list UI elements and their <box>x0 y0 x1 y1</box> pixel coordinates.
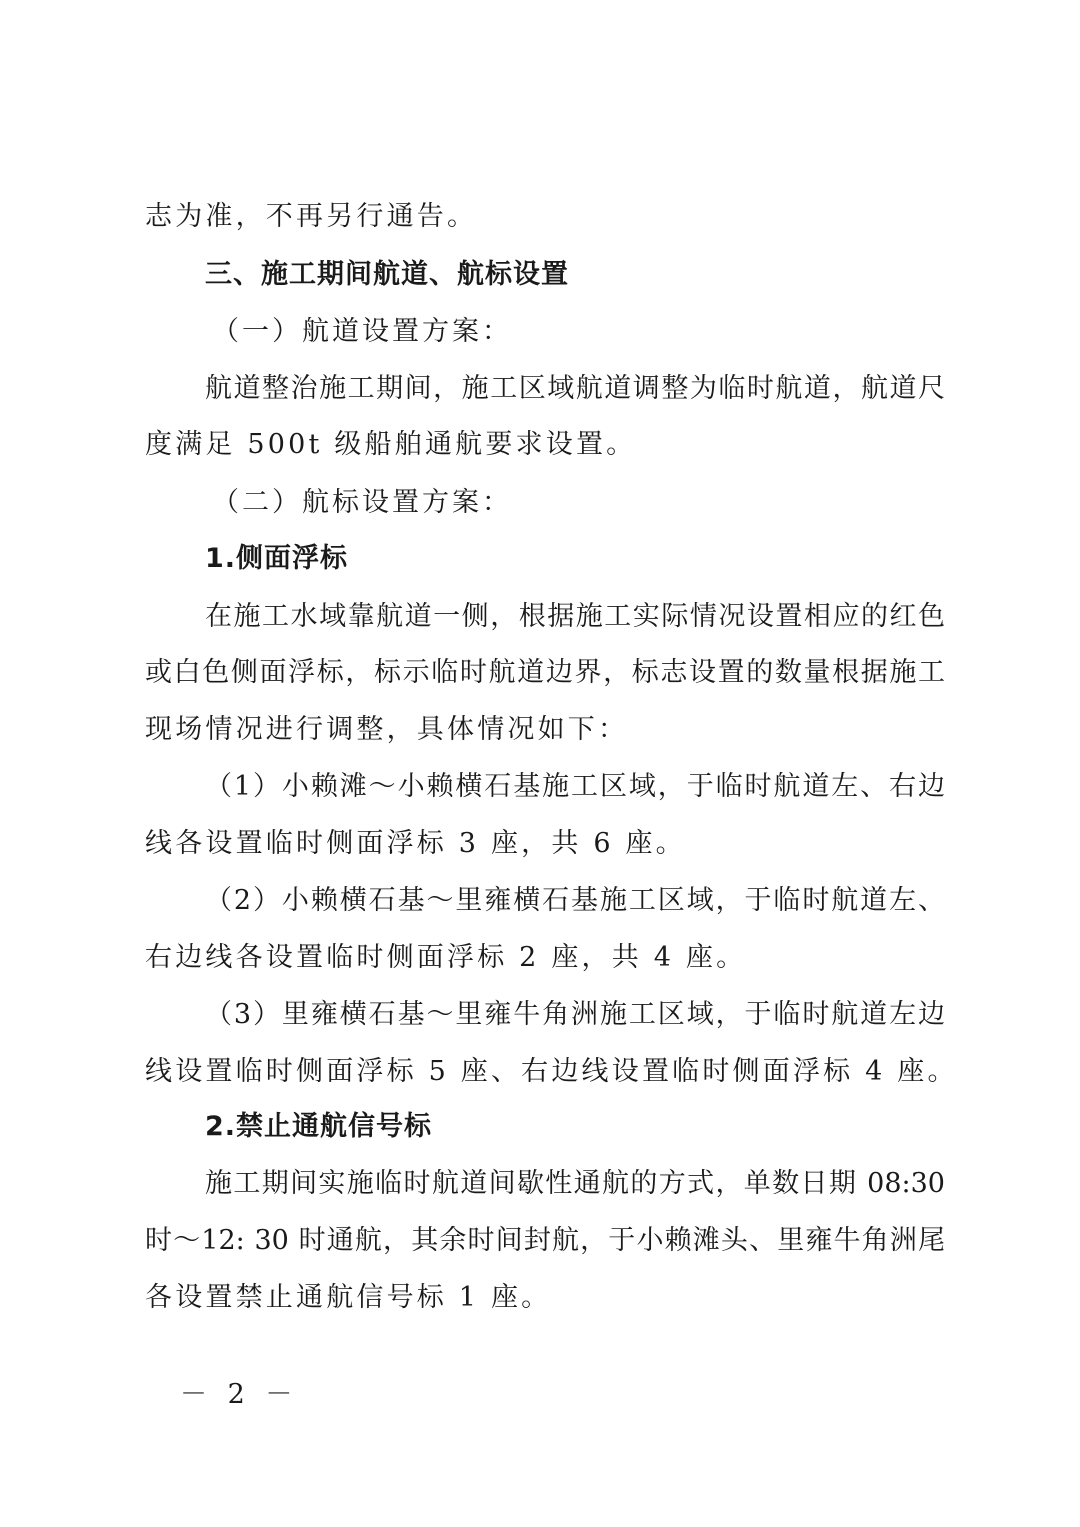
paragraph-side-buoys-line-2: 或白色侧面浮标，标示临时航道边界，标志设置的数量根据施工 <box>145 656 945 690</box>
page-number: － 2 － <box>180 1378 298 1412</box>
list-item-2-line-2: 右边线各设置临时侧面浮标 2 座，共 4 座。 <box>145 941 945 975</box>
list-item-3-line-2: 线设置临时侧面浮标 5 座、右边线设置临时侧面浮标 4 座。 <box>145 1055 945 1089</box>
document-page: 志为准，不再另行通告。 三、施工期间航道、航标设置 （一）航道设置方案： 航道整… <box>0 0 1080 1527</box>
paragraph-side-buoys-line-1: 在施工水域靠航道一侧，根据施工实际情况设置相应的红色 <box>205 600 945 634</box>
subsection-heading-buoys: （二）航标设置方案： <box>212 486 952 520</box>
list-item-1-line-1: （1）小赖滩～小赖横石基施工区域，于临时航道左、右边 <box>205 770 945 804</box>
paragraph-side-buoys-line-3: 现场情况进行调整，具体情况如下： <box>145 713 945 747</box>
paragraph-channel-line-2: 度满足 500t 级船舶通航要求设置。 <box>145 428 945 462</box>
section-heading-3: 三、施工期间航道、航标设置 <box>205 258 945 292</box>
item-heading-side-buoys: 1.侧面浮标 <box>205 542 945 576</box>
paragraph-continuation: 志为准，不再另行通告。 <box>145 200 945 234</box>
list-item-2-line-1: （2）小赖横石基～里雍横石基施工区域，于临时航道左、 <box>205 884 945 918</box>
item-heading-no-navigation-sign: 2.禁止通航信号标 <box>205 1110 945 1144</box>
subsection-heading-channel: （一）航道设置方案： <box>212 315 952 349</box>
paragraph-signal-line-1: 施工期间实施临时航道间歇性通航的方式，单数日期 08:30 <box>205 1167 945 1201</box>
paragraph-channel-line-1: 航道整治施工期间，施工区域航道调整为临时航道，航道尺 <box>205 372 945 406</box>
paragraph-signal-line-3: 各设置禁止通航信号标 1 座。 <box>145 1281 945 1315</box>
list-item-3-line-1: （3）里雍横石基～里雍牛角洲施工区域，于临时航道左边 <box>205 998 945 1032</box>
paragraph-signal-line-2: 时～12: 30 时通航，其余时间封航，于小赖滩头、里雍牛角洲尾 <box>145 1224 945 1258</box>
list-item-1-line-2: 线各设置临时侧面浮标 3 座，共 6 座。 <box>145 827 945 861</box>
